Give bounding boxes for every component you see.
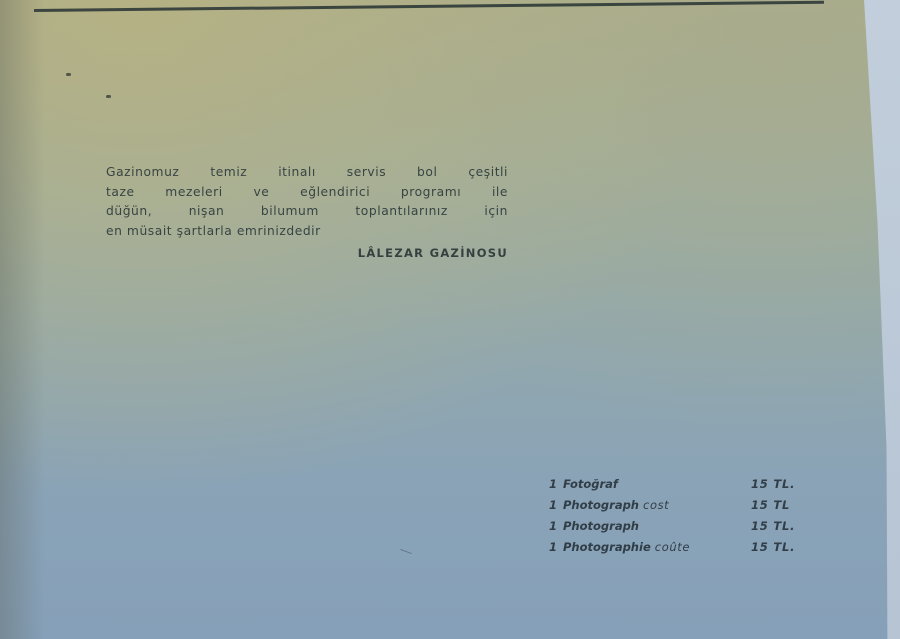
- price-item: 1Photograph: [549, 516, 639, 537]
- ad-line: taze mezeleri ve eğlendirici programı il…: [106, 183, 508, 203]
- price-item-note: cost: [643, 498, 669, 512]
- price-value: 15 TL.: [751, 516, 805, 537]
- price-item: 1Photograph cost: [549, 495, 669, 516]
- price-qty: 1: [549, 495, 563, 516]
- price-item-name: Fotoğraf: [563, 477, 618, 491]
- top-border-rule: [34, 1, 824, 12]
- price-row: 1Photograph 15 TL.: [549, 516, 805, 537]
- price-row: 1Fotoğraf 15 TL.: [549, 474, 805, 495]
- price-value: 15 TL.: [751, 474, 805, 495]
- price-item: 1Fotoğraf: [549, 474, 618, 495]
- ad-line: en müsait şartlarla emrinizdedir: [106, 222, 508, 242]
- ad-line: Gazinomuz temiz itinalı servis bol çeşit…: [106, 163, 508, 183]
- advertisement-text: Gazinomuz temiz itinalı servis bol çeşit…: [106, 163, 508, 241]
- price-item-name: Photograph: [563, 519, 639, 533]
- ink-speck: [106, 95, 111, 98]
- price-value: 15 TL: [751, 495, 805, 516]
- paper-scratch-mark: [400, 549, 412, 554]
- price-item-name: Photograph: [563, 498, 639, 512]
- price-row: 1Photograph cost 15 TL: [549, 495, 805, 516]
- price-list: 1Fotoğraf 15 TL. 1Photograph cost 15 TL …: [549, 474, 805, 558]
- price-qty: 1: [549, 474, 563, 495]
- ad-line: düğün, nişan bilumum toplantılarınız içi…: [106, 202, 508, 222]
- price-qty: 1: [549, 516, 563, 537]
- venue-signature: LÂLEZAR GAZİNOSU: [330, 246, 508, 260]
- price-item-note: coûte: [655, 540, 690, 554]
- price-value: 15 TL.: [751, 537, 805, 558]
- ink-speck: [66, 73, 71, 76]
- price-qty: 1: [549, 537, 563, 558]
- printed-card: Gazinomuz temiz itinalı servis bol çeşit…: [0, 0, 900, 639]
- price-item-name: Photographie: [563, 540, 651, 554]
- price-row: 1Photographie coûte 15 TL.: [549, 537, 805, 558]
- price-item: 1Photographie coûte: [549, 537, 690, 558]
